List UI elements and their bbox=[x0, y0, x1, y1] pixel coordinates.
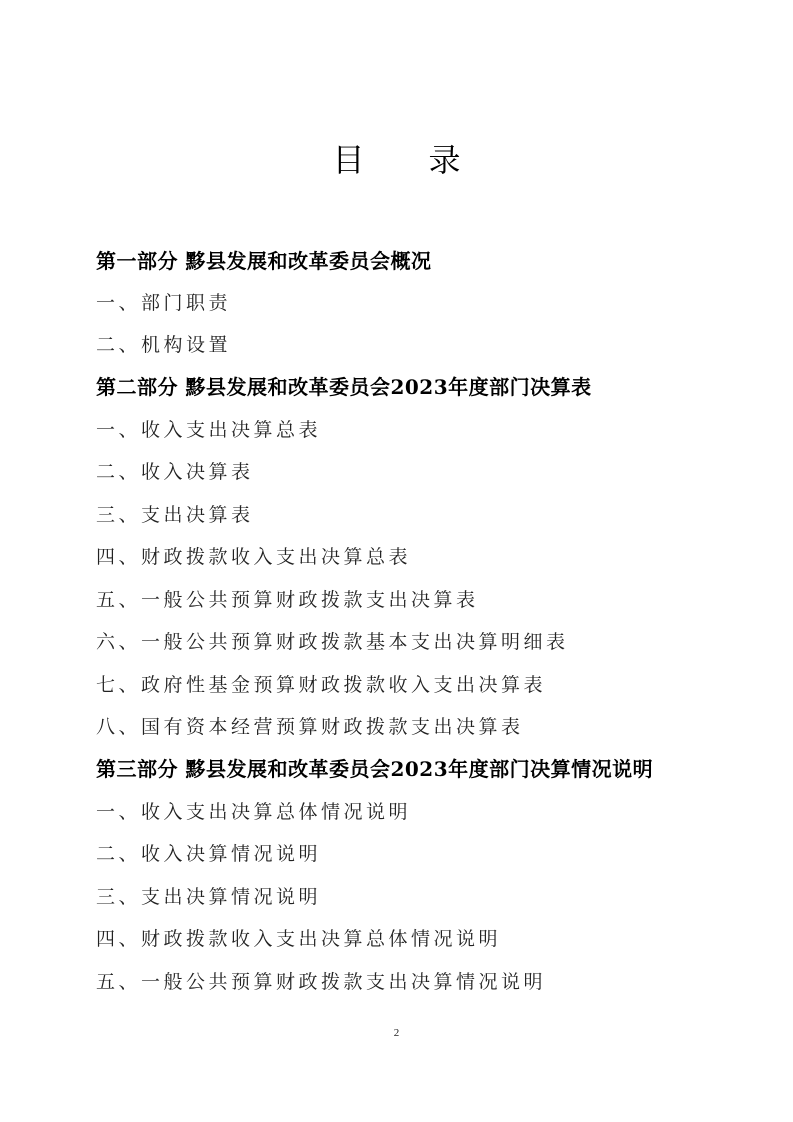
toc-item-expenditure-table[interactable]: 三、支出决算表 bbox=[96, 502, 254, 528]
toc-item-state-capital-budget[interactable]: 八、国有资本经营预算财政拨款支出决算表 bbox=[96, 714, 524, 740]
toc-item-fiscal-appropriation-summary[interactable]: 四、财政拨款收入支出决算总表 bbox=[96, 544, 411, 570]
toc-item-income-explanation[interactable]: 二、收入决算情况说明 bbox=[96, 841, 321, 867]
toc-item-general-budget-explanation[interactable]: 五、一般公共预算财政拨款支出决算情况说明 bbox=[96, 969, 546, 995]
toc-item-income-expenditure-summary[interactable]: 一、收入支出决算总表 bbox=[96, 417, 321, 443]
toc-title-char-1: 目 bbox=[332, 140, 364, 180]
toc-item-government-fund-budget[interactable]: 七、政府性基金预算财政拨款收入支出决算表 bbox=[96, 672, 546, 698]
page-number: 2 bbox=[0, 1027, 793, 1039]
toc-part-1[interactable]: 第一部分 黟县发展和改革委员会概况 bbox=[96, 248, 431, 274]
document-page: 目录 第一部分 黟县发展和改革委员会概况 一、部门职责 二、机构设置 第二部分 … bbox=[0, 0, 793, 1122]
toc-item-expenditure-explanation[interactable]: 三、支出决算情况说明 bbox=[96, 884, 321, 910]
toc-part-2[interactable]: 第二部分 黟县发展和改革委员会2023年度部门决算表 bbox=[96, 374, 592, 400]
toc-title-char-2: 录 bbox=[429, 140, 461, 180]
toc-item-overall-explanation[interactable]: 一、收入支出决算总体情况说明 bbox=[96, 799, 411, 825]
toc-item-organization-setup[interactable]: 二、机构设置 bbox=[96, 332, 231, 358]
toc-item-fiscal-appropriation-explanation[interactable]: 四、财政拨款收入支出决算总体情况说明 bbox=[96, 926, 501, 952]
toc-item-income-table[interactable]: 二、收入决算表 bbox=[96, 459, 254, 485]
toc-item-general-budget-expenditure[interactable]: 五、一般公共预算财政拨款支出决算表 bbox=[96, 587, 479, 613]
toc-title: 目录 bbox=[0, 140, 793, 180]
toc-item-general-budget-basic-detail[interactable]: 六、一般公共预算财政拨款基本支出决算明细表 bbox=[96, 629, 569, 655]
toc-part-3[interactable]: 第三部分 黟县发展和改革委员会2023年度部门决算情况说明 bbox=[96, 756, 653, 782]
toc-item-department-duties[interactable]: 一、部门职责 bbox=[96, 290, 231, 316]
